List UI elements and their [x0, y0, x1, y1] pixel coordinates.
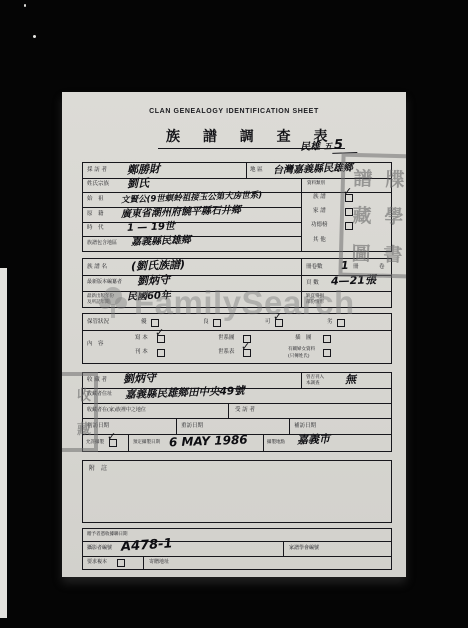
seal-character: 學 — [384, 202, 404, 229]
revisit-label: 重訪日期 — [181, 423, 203, 429]
content-option-label: 刊 本 — [135, 349, 148, 355]
content-checkbox: ✓ — [243, 349, 251, 357]
content-checkbox — [323, 349, 331, 357]
table-divider — [83, 418, 391, 419]
form-english-title: CLAN GENEALOGY IDENTIFICATION SHEET — [62, 108, 406, 115]
clan-value: 劉氏 — [127, 178, 149, 190]
condition-content-table: 保管狀況 優 良 可 ✓ 劣 內 容 寫 本 ✓ 世系圖 插 圖 刊 本 世系表… — [82, 313, 392, 364]
admin-table: 贈予者憑收據聯日期 攝影者編號 A478-1 家譜學會編號 要求複本 寄贈地址 — [82, 528, 392, 570]
film-place-label: 攝製地點 — [267, 440, 285, 445]
table-divider — [176, 418, 177, 434]
photographer-id-label: 攝影者編號 — [87, 546, 112, 552]
content-option-label: 世系表 — [218, 349, 235, 355]
seal-character: 圖 — [351, 239, 371, 266]
category-option-label: 功德榜 — [311, 222, 328, 228]
copy-request-checkbox — [117, 559, 125, 567]
era-value: 1 — 19世 — [127, 222, 175, 234]
first-ancestor-label: 始 祖 — [87, 196, 104, 202]
content-option-label: 插 圖 — [295, 335, 312, 341]
condition-checkbox: ✓ — [275, 319, 283, 327]
condition-option-label: 劣 — [327, 319, 333, 325]
table-divider — [301, 373, 302, 388]
published-label-line2: 本調查 — [306, 381, 320, 386]
photographer-id-value: A478-1 — [121, 537, 173, 554]
remarks-label: 附 註 — [89, 466, 107, 473]
checkmark: ✓ — [107, 430, 116, 443]
compiler-label: 最新版本編纂者 — [87, 280, 122, 286]
table-divider — [128, 434, 129, 451]
checkmark: ✓ — [241, 340, 250, 353]
seal-character: 書 — [383, 240, 403, 267]
page-note-handwriting: 民雄五5 — [300, 135, 358, 153]
book-title-label: 族 譜 名 — [87, 264, 107, 270]
table-divider — [301, 259, 302, 307]
era-label: 時 代 — [87, 225, 104, 231]
film-place-value: 嘉義市 — [297, 433, 330, 445]
table-divider — [83, 556, 391, 557]
volumes-label: 冊卷數 — [306, 264, 323, 270]
clan-label: 姓氏宗族 — [87, 181, 109, 187]
year-label-line1: 最新出版年份 — [87, 294, 114, 299]
table-divider — [143, 556, 144, 569]
table-divider — [246, 163, 247, 178]
collector-table: 收 藏 者 劉炳守 曾否刊入 本調查 無 收藏者住址 嘉義縣民雄鄉田中央49號 … — [82, 372, 392, 452]
category-option-label: 族 譜 — [313, 194, 326, 200]
content-checkbox: ✓ — [157, 335, 165, 343]
area-label: 地 區 — [250, 167, 263, 173]
page-note-prefix: 民雄 — [300, 141, 320, 153]
category-label: 資料類別 — [307, 181, 325, 186]
scan-speck — [24, 4, 26, 7]
condition-option-label: 優 — [141, 319, 147, 325]
condition-label: 保管狀況 — [87, 319, 109, 325]
coverage-value: 嘉義縣民雄鄉 — [131, 236, 191, 248]
table-divider — [228, 403, 229, 418]
table-divider — [83, 222, 301, 223]
condition-option-label: 可 — [265, 319, 271, 325]
receipt-label: 贈予者憑收據聯日期 — [87, 532, 128, 537]
interviewee-label: 受 訪 者 — [235, 407, 255, 413]
content-label: 內 容 — [87, 341, 104, 347]
table-divider — [83, 330, 391, 331]
missing-pages-label-line2: 部份情形 — [306, 300, 324, 305]
book-title-value: (劉氏族譜) — [131, 259, 185, 272]
checkmark: ✓ — [155, 326, 164, 339]
collector-address-value: 嘉義縣民雄鄉田中央49號 — [125, 386, 245, 401]
table-divider — [283, 541, 284, 556]
table-divider — [83, 403, 391, 404]
page-note-number: 5 — [332, 137, 358, 154]
interviewer-label: 採 訪 者 — [87, 167, 107, 173]
compiler-value: 劉炳守 — [137, 274, 170, 286]
copy-request-label: 要求複本 — [87, 560, 107, 566]
film-date-value: 6 MAY 1986 — [169, 434, 248, 449]
checkmark: ✓ — [273, 310, 282, 323]
year-label-line2: 及所記年期 — [87, 300, 110, 305]
seal-character: 收 — [77, 385, 91, 405]
library-seal-stamp-left: 收 藏 — [62, 372, 98, 452]
film-edge-strip — [0, 268, 7, 618]
condition-checkbox — [337, 319, 345, 327]
table-divider — [83, 236, 301, 237]
origin-value: 廣東省潮州府饒平縣石井鄉 — [121, 206, 241, 220]
table-divider — [301, 178, 302, 251]
send-address-label: 寄贈地址 — [149, 560, 169, 566]
category-option-label: 其 他 — [313, 237, 326, 243]
table-divider — [289, 418, 290, 434]
first-ancestor-value: 文賢公(9世螟蛉祖接玉公第大房世系) — [121, 192, 262, 205]
seal-character: 藏 — [352, 201, 372, 228]
published-value: 無 — [345, 374, 356, 385]
interviewer-value: 鄭勝財 — [127, 163, 160, 175]
scanned-genealogy-form: CLAN GENEALOGY IDENTIFICATION SHEET 族 譜 … — [62, 92, 406, 577]
content-checkbox — [323, 335, 331, 343]
seal-character: 譜 — [353, 164, 373, 191]
seal-character: 牒 — [385, 165, 405, 192]
origin-label: 原 籍 — [87, 211, 104, 217]
category-option-label: 家 譜 — [313, 208, 326, 214]
content-checkbox — [157, 349, 165, 357]
seal-character: 藏 — [77, 419, 91, 439]
scan-speck — [33, 35, 36, 38]
missing-pages-label-line1: 缺頁殘損 — [306, 294, 324, 299]
content-option-label: 寫 本 — [135, 335, 148, 341]
content-option-label: 世系圖 — [218, 335, 235, 341]
table-divider — [263, 434, 264, 451]
followup-label: 補訪日期 — [294, 423, 316, 429]
coverage-label: 族譜包含地區 — [87, 241, 117, 247]
year-value: 民國60年 — [127, 291, 171, 303]
collector-value: 劉炳守 — [123, 372, 156, 384]
women-data-sub-label: (只傳姓氏) — [288, 354, 310, 359]
film-permission-checkbox: ✓ — [109, 439, 117, 447]
library-seal-stamp-right: 譜 牒 收 藏 學 會 圖 書 館 — [338, 153, 406, 280]
women-data-label: 有關婦女資料 — [288, 347, 315, 352]
condition-checkbox — [213, 319, 221, 327]
pages-label: 頁 數 — [306, 280, 319, 286]
society-id-label: 家譜學會編號 — [289, 546, 319, 552]
published-label-line1: 曾否刊入 — [306, 375, 324, 380]
condition-option-label: 良 — [203, 319, 209, 325]
remarks-box: 附 註 — [82, 460, 392, 523]
microfilm-scan-background: { "header": { "english_title": "CLAN GEN… — [0, 0, 468, 628]
film-date-label: 預定攝製日期 — [133, 440, 160, 445]
